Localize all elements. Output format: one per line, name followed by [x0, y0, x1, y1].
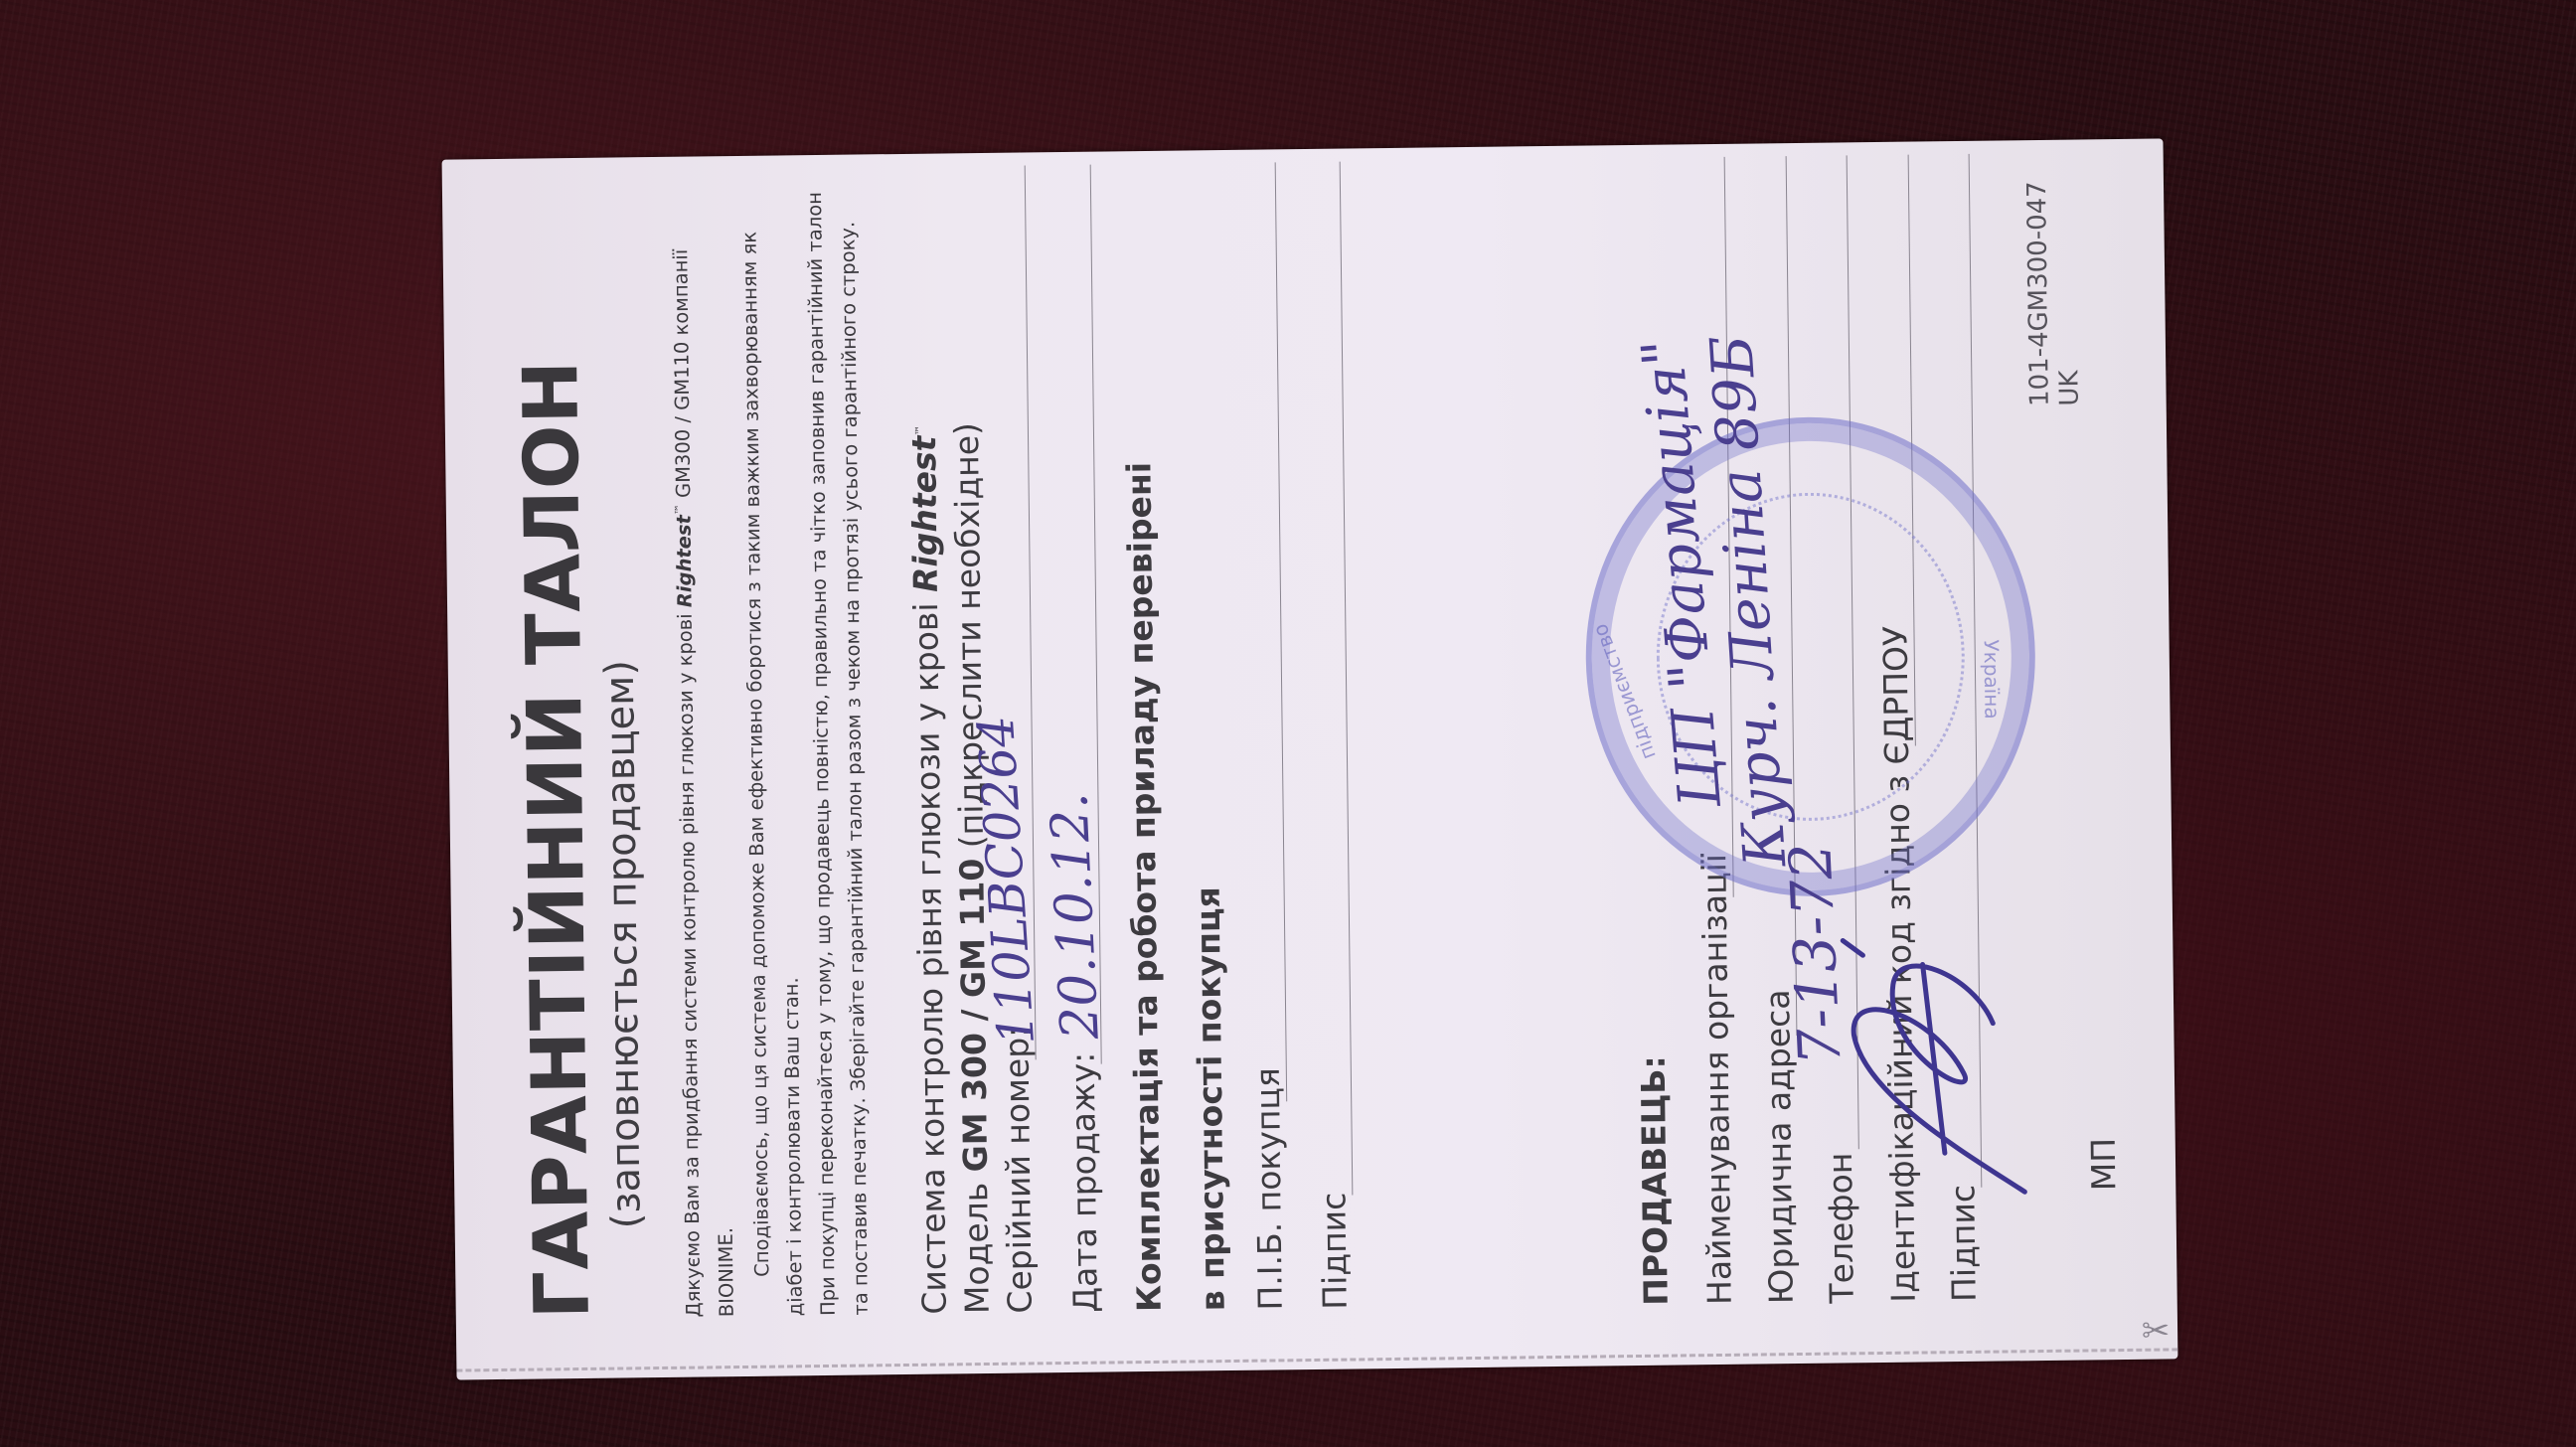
- seller-signature-scribble: [1823, 913, 2065, 1214]
- trademark-symbol: ™: [673, 504, 686, 515]
- warranty-card-content: ГАРАНТІЙНИЙ ТАЛОН (заповнюється продавце…: [442, 138, 2178, 1379]
- sale-date-label: Дата продажу:: [1063, 1052, 1105, 1314]
- system-brand: Rightest: [904, 435, 945, 592]
- scissors-icon: ✂: [2142, 1311, 2171, 1351]
- stamp-placeholder-label: МП: [2084, 1138, 2124, 1192]
- serial-number-label: Серійний номер:: [997, 1026, 1040, 1313]
- document-title: ГАРАНТІЙНИЙ ТАЛОН: [506, 359, 606, 1319]
- sale-date-value[interactable]: 20.10.12.: [1040, 792, 1111, 1042]
- warranty-card: ГАРАНТІЙНИЙ ТАЛОН (заповнюється продавце…: [442, 138, 2178, 1379]
- stamp-text-bottom: Україна: [1980, 639, 2005, 719]
- seller-heading: ПРОДАВЕЦЬ:: [1634, 1055, 1676, 1306]
- org-name-label: Найменування організації: [1694, 854, 1739, 1305]
- model-label: Модель: [956, 1172, 997, 1314]
- stamp-text-top: підприємство: [1588, 621, 1661, 763]
- system-text: Система контролю рівня глюкози у крові: [906, 592, 954, 1315]
- document-code-language: UK: [2052, 181, 2085, 406]
- document-code: 101-4GM300-047 UK: [2022, 181, 2085, 406]
- intro-paragraph: Дякуємо Вам за придбання системи контрол…: [659, 174, 743, 1318]
- brand-name: Rightest: [672, 515, 696, 607]
- system-trademark: ™: [913, 425, 926, 436]
- buyer-name-line: [1275, 162, 1288, 1101]
- buyer-signature-line: [1340, 162, 1354, 1196]
- check-heading-line-1: Комплектація та робота приладу перевірен…: [1119, 462, 1168, 1313]
- document-subtitle: (заповнюється продавцем): [597, 660, 650, 1229]
- check-heading-line-2: в присутності покупця: [1189, 886, 1232, 1311]
- instructions-paragraph: При покупці переконайтеся у тому, що про…: [798, 172, 878, 1316]
- document-code-number: 101-4GM300-047: [2022, 181, 2055, 406]
- warranty-card-paper: ГАРАНТІЙНИЙ ТАЛОН (заповнюється продавце…: [442, 138, 2178, 1379]
- buyer-name-label: П.І.Б. покупця: [1248, 1067, 1290, 1311]
- intro-text: Дякуємо Вам за придбання системи контрол…: [674, 607, 706, 1318]
- buyer-signature-label: Підпис: [1314, 1193, 1354, 1310]
- system-line: Система контролю рівня глюкози у крові R…: [904, 424, 954, 1315]
